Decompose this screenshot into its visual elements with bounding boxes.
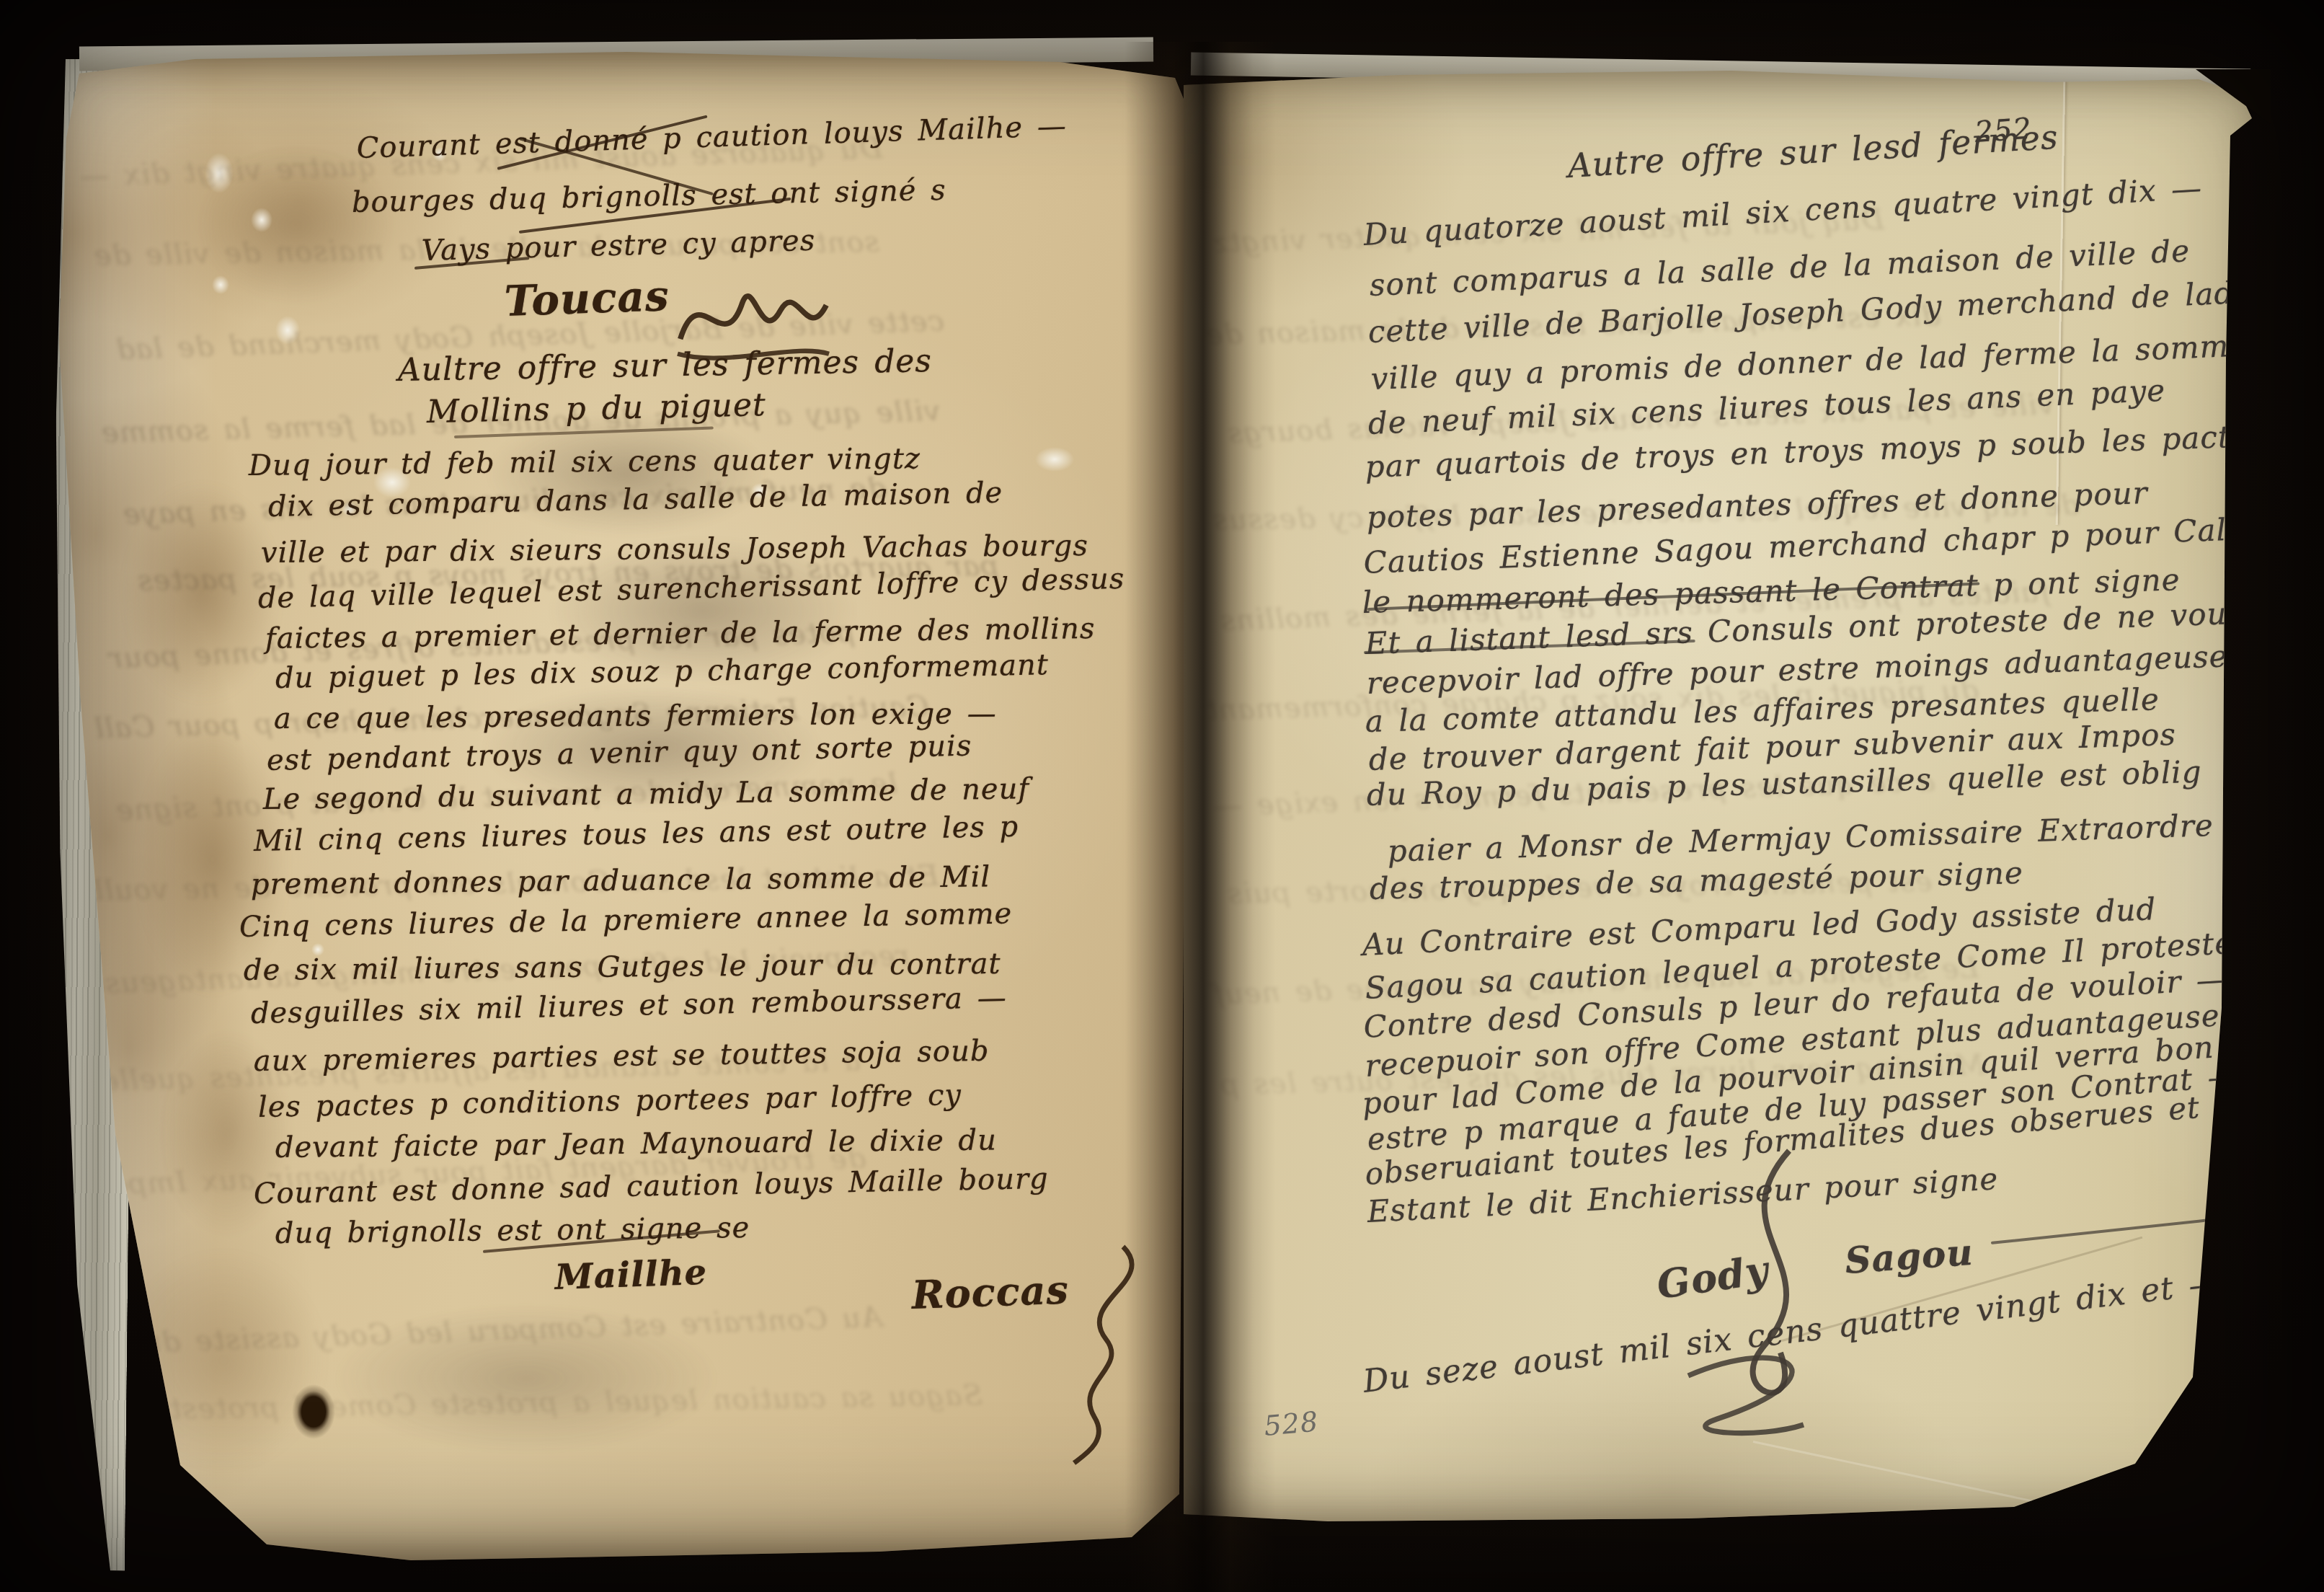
manuscript-photo: Du quatorze aoust mil six cens quatre vi…: [0, 0, 2324, 1592]
signature-maillhe: Maillhe: [554, 1252, 708, 1298]
manuscript-line: de six mil liures sans Gutges le jour du…: [244, 947, 1001, 987]
paper-spot: [212, 275, 229, 294]
paper-spot: [275, 316, 300, 345]
manuscript-line: prement donnes par aduance la somme de M…: [251, 860, 991, 901]
manuscript-line: paier a Monsr de Mermjay Comissaire Extr…: [1387, 808, 2214, 869]
manuscript-line: aux premieres parties est se touttes soj…: [254, 1035, 990, 1078]
ink-smudge: [267, 1278, 786, 1480]
manuscript-line: Cinq cens liures de la premiere annee la…: [239, 897, 1013, 944]
manuscript-line: a ce que les presedants fermiers lon exi…: [274, 697, 997, 735]
manuscript-line: faictes a premier et dernier de la ferme…: [265, 612, 1096, 655]
signature-sagou: Sagou: [1844, 1231, 1975, 1282]
manuscript-line: les pactes p conditions portees par loff…: [258, 1079, 962, 1124]
section-heading: Mollins p du piguet: [426, 386, 766, 430]
section-heading: Aultre offre sur les fermes des: [397, 342, 932, 389]
manuscript-line: duq brignolls est ont signe se: [275, 1211, 750, 1250]
manuscript-line: devant faicte par Jean Maynouard le dixi…: [275, 1124, 997, 1164]
pencil-folio-number: 528: [1263, 1406, 1320, 1442]
signature-tail: [1991, 1219, 2207, 1244]
manuscript-line: ville et par dix sieurs consuls Joseph V…: [261, 529, 1088, 570]
signature-flourish: [1045, 1234, 1161, 1472]
section-heading: Autre offre sur lesd fermes: [1566, 118, 2059, 185]
manuscript-line: Duq jour td feb mil six cens quater ving…: [249, 442, 921, 482]
left-page: Du quatorze aoust mil six cens quatre vi…: [50, 52, 1188, 1560]
manuscript-line: Courant est donne sad caution louys Mail…: [253, 1162, 1049, 1211]
manuscript-line: du piguet p les dix souz p charge confor…: [275, 648, 1050, 695]
paper-spot: [1035, 447, 1074, 472]
manuscript-line: Le segond du suivant a midy La somme de …: [263, 772, 1030, 816]
paper-spot: [205, 153, 234, 193]
manuscript-line: Courant est donné p caution louys Mailhe…: [356, 110, 1067, 165]
right-page: Duq jour td feb mil six cens quater ving…: [1184, 71, 2263, 1524]
paper-crease: [1753, 1441, 2057, 1507]
manuscript-line: Mil cinq cens liures tous les ans est ou…: [253, 810, 1019, 858]
paper-spot: [251, 208, 272, 232]
signature-flourish: [1631, 1131, 1868, 1448]
ink-blot: [292, 1384, 335, 1439]
manuscript-line: desguilles six mil liures et son rembour…: [250, 981, 1007, 1030]
signature-toucas: Toucas: [504, 271, 670, 326]
manuscript-line: bourges duq brignolls est ont signé s: [351, 174, 946, 219]
